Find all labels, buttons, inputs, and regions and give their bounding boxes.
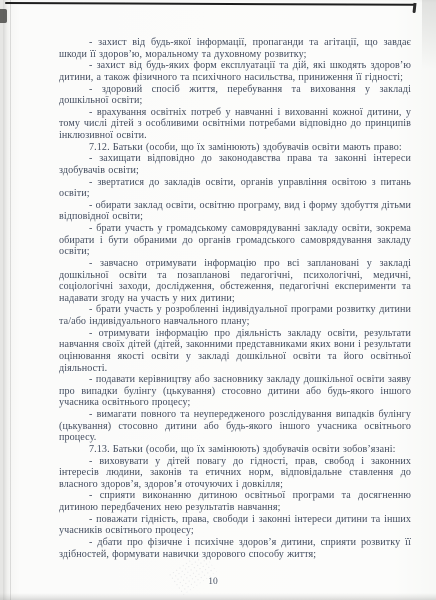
page-edge-shadow [10,0,11,600]
section-paragraph-7-13: 7.13. Батьки (особи, що їх замінюють) зд… [59,444,411,456]
paragraph: - завчасно отримувати інформацію про всі… [59,258,411,305]
scanned-page: - захист від будь-якої інформації, пропа… [3,0,436,600]
document-text-block: - захист від будь-якої інформації, пропа… [59,37,411,560]
paragraph: - здоровий спосіб життя, перебування та … [59,84,411,107]
paragraph: - врахування освітніх потреб у навчанні … [59,107,411,142]
paragraph: - захист від будь-яких форм експлуатації… [59,60,411,83]
paragraph: - виховувати у дітей повагу до гідності,… [59,456,411,491]
scan-edge-right-fade [422,0,436,70]
paragraph: - брати участь у громадському самоврядув… [59,223,411,258]
paragraph: - дбати про фізичне і психічне здоров’я … [59,537,411,560]
scan-edge-left-blob [0,9,7,23]
paragraph: - поважати гідність, права, свободи і за… [59,514,411,537]
paragraph: - брати участь у розробленні індивідуаль… [59,304,411,327]
paragraph: - вимагати повного та неупередженого роз… [59,409,411,444]
paragraph: - сприяти виконанню дитиною освітньої пр… [59,490,411,513]
paragraph: - звертатися до закладів освіти, органів… [59,177,411,200]
paragraph: - захист від будь-якої інформації, пропа… [59,37,411,60]
paragraph: - захищати відповідно до законодавства п… [59,153,411,176]
paragraph: - обирати заклад освіти, освітню програм… [59,200,411,223]
paragraph: - отримувати інформацію про діяльність з… [59,328,411,375]
scan-edge-bottom-fade [0,593,436,600]
section-paragraph-7-12: 7.12. Батьки (особи, що їх замінюють) зд… [59,142,411,154]
paragraph: - подавати керівництву або засновнику за… [59,374,411,409]
